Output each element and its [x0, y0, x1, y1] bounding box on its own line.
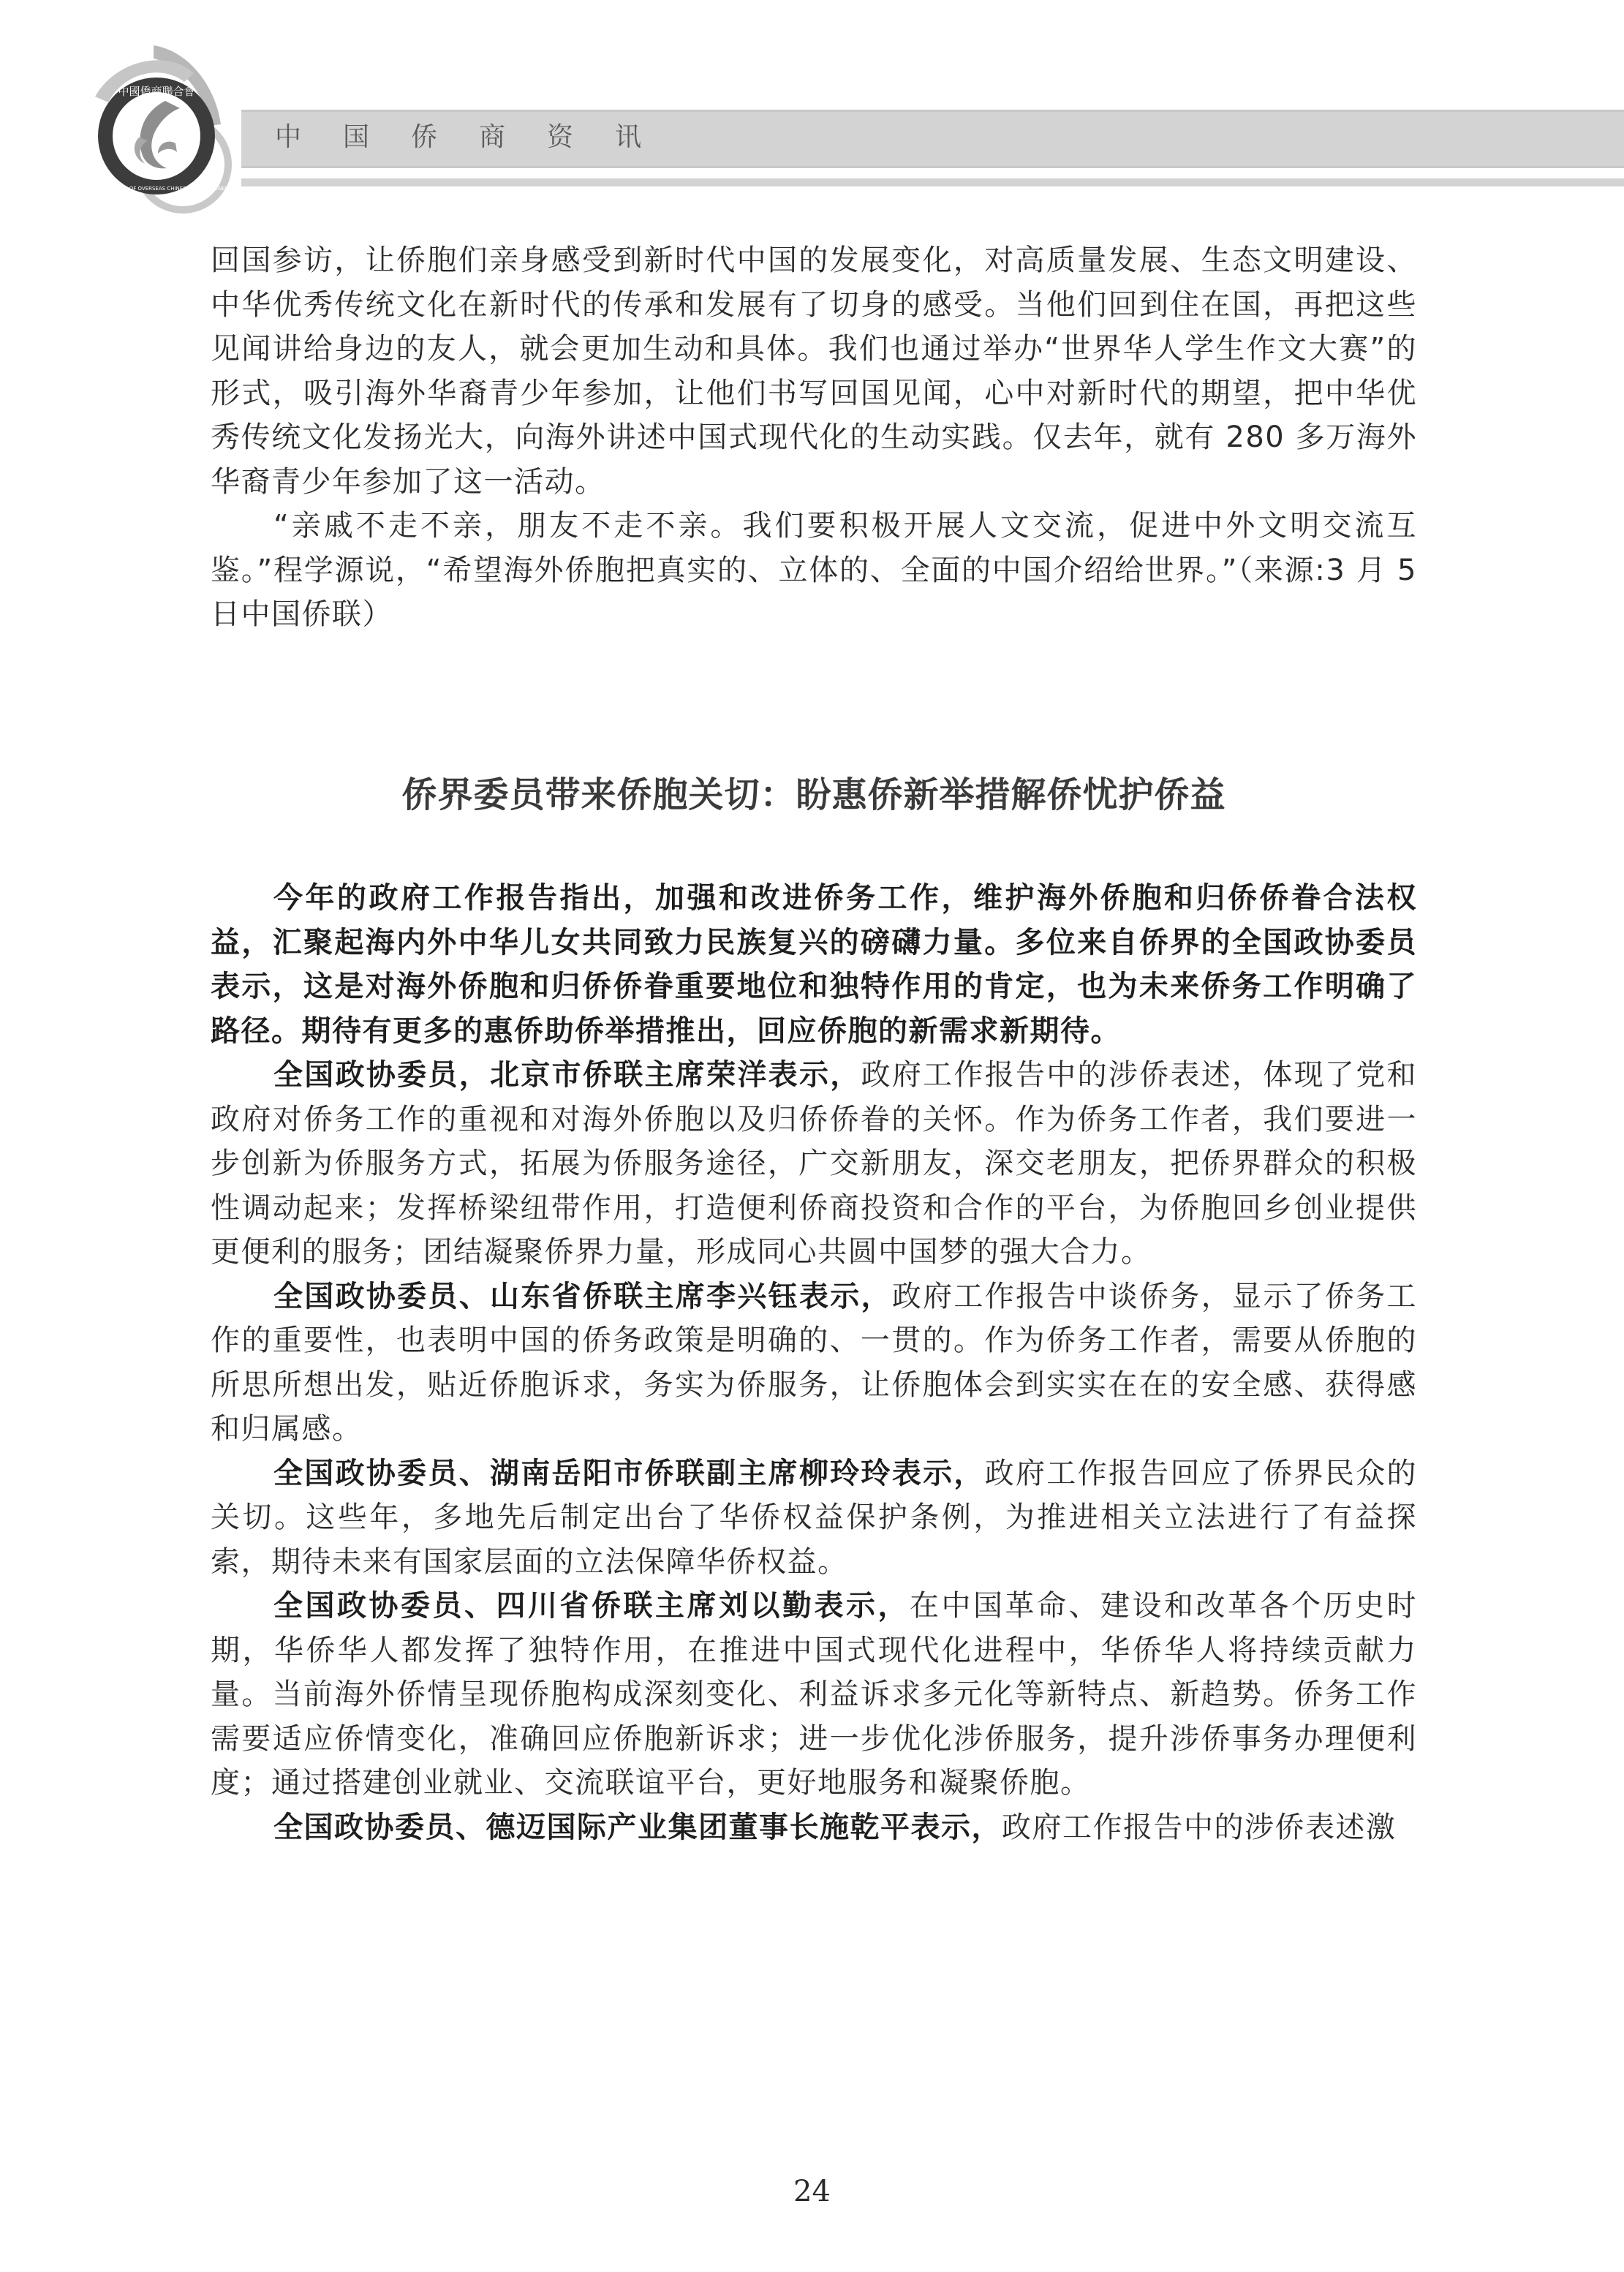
article-headline: 侨界委员带来侨胞关切：盼惠侨新举措解侨忧护侨益	[211, 769, 1417, 820]
speaker-lead: 全国政协委员、湖南岳阳市侨联副主席柳玲玲表示，	[273, 1457, 985, 1490]
speaker-lead: 全国政协委员，北京市侨联主席荣洋表示，	[273, 1058, 861, 1092]
page-number: 24	[0, 2173, 1624, 2210]
paragraph: 全国政协委员、德迈国际产业集团董事长施乾平表示，政府工作报告中的涉侨表述激	[211, 1805, 1417, 1850]
paragraph: 全国政协委员、山东省侨联主席李兴钰表示，政府工作报告中谈侨务，显示了侨务工作的重…	[211, 1275, 1417, 1452]
paragraph: 全国政协委员，北京市侨联主席荣洋表示，政府工作报告中的涉侨表述，体现了党和政府对…	[211, 1053, 1417, 1275]
header-stripe	[241, 178, 1624, 186]
paragraph: 全国政协委员、湖南岳阳市侨联副主席柳玲玲表示，政府工作报告回应了侨界民众的关切。…	[211, 1452, 1417, 1585]
article-body: 今年的政府工作报告指出，加强和改进侨务工作，维护海外侨胞和归侨侨眷合法权益，汇聚…	[211, 876, 1417, 1849]
logo-text-en: CHINA FEDERATION OF OVERSEAS CHINESE ENT…	[78, 186, 236, 192]
article-intro: 今年的政府工作报告指出，加强和改进侨务工作，维护海外侨胞和归侨侨眷合法权益，汇聚…	[211, 876, 1417, 1053]
publication-title: 中国侨商资讯	[275, 121, 683, 154]
logo-text-cn: 中國僑商聯合會	[118, 85, 194, 98]
previous-article-continuation: 回国参访，让侨胞们亲身感受到新时代中国的发展变化，对高质量发展、生态文明建设、中…	[211, 238, 1417, 637]
paragraph: “亲戚不走不亲，朋友不走不亲。我们要积极开展人文交流，促进中外文明交流互鉴。”程…	[211, 504, 1417, 637]
paragraph: 全国政协委员、四川省侨联主席刘以勤表示，在中国革命、建设和改革各个历史时期，华侨…	[211, 1584, 1417, 1805]
speaker-lead: 全国政协委员、四川省侨联主席刘以勤表示，	[273, 1589, 910, 1623]
speaker-lead: 全国政协委员、山东省侨联主席李兴钰表示，	[273, 1280, 892, 1313]
paragraph-text: 政府工作报告中的涉侨表述激	[1002, 1811, 1397, 1844]
paragraph: 回国参访，让侨胞们亲身感受到新时代中国的发展变化，对高质量发展、生态文明建设、中…	[211, 238, 1417, 504]
speaker-lead: 全国政协委员、德迈国际产业集团董事长施乾平表示，	[273, 1811, 1002, 1844]
organization-logo-icon: 中國僑商聯合會 CHINA FEDERATION OF OVERSEAS CHI…	[66, 29, 285, 219]
